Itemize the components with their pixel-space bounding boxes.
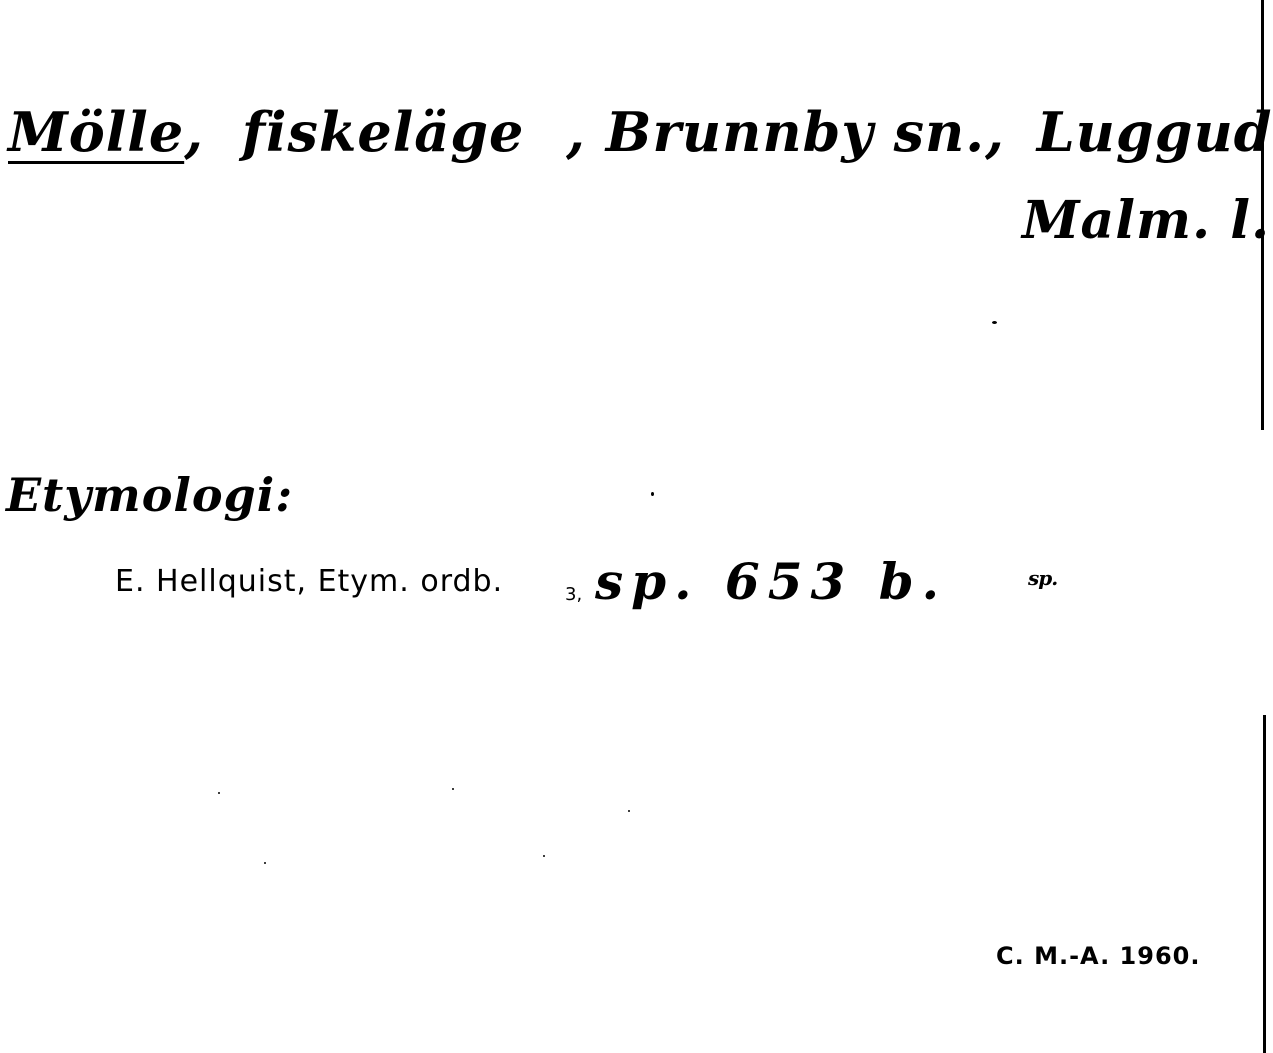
parish: Brunnby sn.: [606, 100, 985, 164]
ink-speck: [992, 321, 997, 324]
separator: ,: [184, 100, 204, 164]
ink-speck: [543, 855, 545, 857]
header-line-1: Mölle, fiskeläge , Brunnby sn., Luggude …: [8, 100, 1273, 164]
headword: Mölle: [8, 100, 184, 164]
ink-speck: [452, 788, 454, 790]
place-type: fiskeläge: [242, 100, 525, 164]
ink-speck: [218, 792, 220, 794]
ink-speck: [264, 862, 266, 864]
signature: C. M.-A. 1960.: [996, 942, 1200, 970]
district: Luggude hd.: [1037, 100, 1273, 164]
separator: ,: [985, 100, 1005, 164]
etymology-label: Etymologi:: [6, 468, 293, 522]
separator: ,: [566, 100, 586, 164]
reference-page: sp. 653 b.: [595, 552, 947, 611]
reference-printed: E. Hellquist, Etym. ordb.: [115, 564, 503, 599]
edition-subscript: 3,: [565, 584, 582, 605]
ink-speck: [628, 810, 630, 812]
card-edge-line-bottom: [1263, 715, 1266, 1053]
ink-speck: [651, 492, 654, 496]
county: Malm. l.: [1022, 190, 1270, 251]
reference-line: E. Hellquist, Etym. ordb. 3, sp. 653 b.: [115, 560, 915, 630]
archive-card: Mölle, fiskeläge , Brunnby sn., Luggude …: [0, 0, 1273, 1053]
stamp-mark: sp.: [1028, 566, 1057, 590]
